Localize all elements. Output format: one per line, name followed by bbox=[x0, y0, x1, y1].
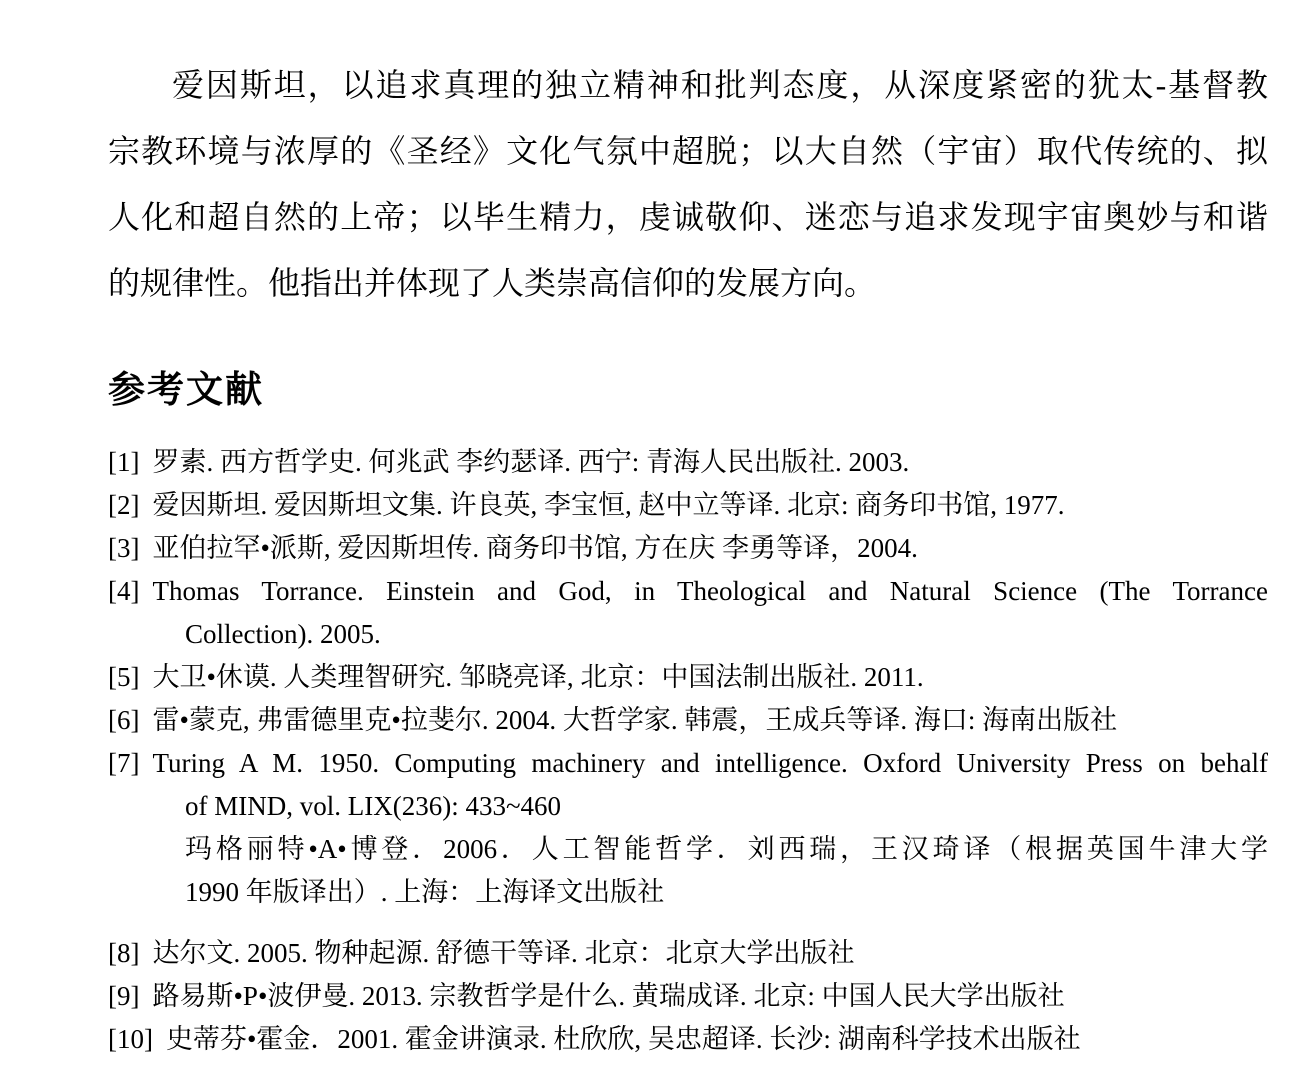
reference-line: Collection). 2005. bbox=[108, 613, 1268, 656]
reference-label: [9] bbox=[108, 981, 139, 1011]
reference-label: [1] bbox=[108, 447, 139, 477]
paragraph-line: 宗教环境与浓厚的《圣经》文化气氛中超脱；以大自然（宇宙）取代传统的、拟 bbox=[108, 118, 1268, 184]
document-content: 爱因斯坦，以追求真理的独立精神和批判态度，从深度紧密的犹太-基督教宗教环境与浓厚… bbox=[108, 52, 1268, 1061]
reference-label: [10] bbox=[108, 1024, 153, 1054]
reference-text: Turing A M. 1950. Computing machinery an… bbox=[152, 748, 1268, 778]
reference-text: 亚伯拉罕•派斯, 爱因斯坦传. 商务印书馆, 方在庆 李勇等译，2004. bbox=[152, 533, 917, 563]
reference-label: [2] bbox=[108, 490, 139, 520]
paragraph-line: 的规律性。他指出并体现了人类崇高信仰的发展方向。 bbox=[108, 250, 1268, 316]
reference-text: Collection). 2005. bbox=[185, 619, 381, 649]
reference-text: of MIND, vol. LIX(236): 433~460 bbox=[185, 791, 561, 821]
reference-text: 大卫•休谟. 人类理智研究. 邹晓亮译, 北京：中国法制出版社. 2011. bbox=[152, 662, 923, 692]
reference-line: 玛格丽特•A•博登．2006．人工智能哲学．刘西瑞，王汉琦译（根据英国牛津大学 bbox=[108, 828, 1268, 871]
reference-label: [7] bbox=[108, 748, 139, 778]
reference-line: [9]路易斯•P•波伊曼. 2013. 宗教哲学是什么. 黄瑞成译. 北京: 中… bbox=[108, 975, 1268, 1018]
reference-line: [10]史蒂芬•霍金．2001. 霍金讲演录. 杜欣欣, 吴忠超译. 长沙: 湖… bbox=[108, 1018, 1268, 1061]
reference-label: [8] bbox=[108, 938, 139, 968]
reference-text: 1990 年版译出）. 上海：上海译文出版社 bbox=[185, 877, 664, 907]
reference-line: [8]达尔文. 2005. 物种起源. 舒德干等译. 北京：北京大学出版社 bbox=[108, 932, 1268, 975]
paragraph-line: 人化和超自然的上帝；以毕生精力，虔诚敬仰、迷恋与追求发现宇宙奥妙与和谐 bbox=[108, 184, 1268, 250]
reference-line: [1]罗素. 西方哲学史. 何兆武 李约瑟译. 西宁: 青海人民出版社. 200… bbox=[108, 441, 1268, 484]
reference-label: [4] bbox=[108, 576, 139, 606]
document-page: 爱因斯坦，以追求真理的独立精神和批判态度，从深度紧密的犹太-基督教宗教环境与浓厚… bbox=[0, 0, 1309, 1086]
reference-line: [3]亚伯拉罕•派斯, 爱因斯坦传. 商务印书馆, 方在庆 李勇等译，2004. bbox=[108, 527, 1268, 570]
reference-text: 雷•蒙克, 弗雷德里克•拉斐尔. 2004. 大哲学家. 韩震，王成兵等译. 海… bbox=[152, 705, 1117, 735]
references-list: [1]罗素. 西方哲学史. 何兆武 李约瑟译. 西宁: 青海人民出版社. 200… bbox=[108, 441, 1268, 1061]
reference-label: [6] bbox=[108, 705, 139, 735]
reference-line: [5]大卫•休谟. 人类理智研究. 邹晓亮译, 北京：中国法制出版社. 2011… bbox=[108, 656, 1268, 699]
reference-text: 爱因斯坦. 爱因斯坦文集. 许良英, 李宝恒, 赵中立等译. 北京: 商务印书馆… bbox=[152, 490, 1064, 520]
paragraph-line: 爱因斯坦，以追求真理的独立精神和批判态度，从深度紧密的犹太-基督教 bbox=[108, 52, 1268, 118]
opening-paragraph: 爱因斯坦，以追求真理的独立精神和批判态度，从深度紧密的犹太-基督教宗教环境与浓厚… bbox=[108, 52, 1268, 316]
reference-line: [7]Turing A M. 1950. Computing machinery… bbox=[108, 742, 1268, 785]
reference-text: 史蒂芬•霍金．2001. 霍金讲演录. 杜欣欣, 吴忠超译. 长沙: 湖南科学技… bbox=[166, 1024, 1081, 1054]
reference-text: Thomas Torrance. Einstein and God, in Th… bbox=[152, 576, 1268, 606]
reference-text: 罗素. 西方哲学史. 何兆武 李约瑟译. 西宁: 青海人民出版社. 2003. bbox=[152, 447, 909, 477]
reference-line: of MIND, vol. LIX(236): 433~460 bbox=[108, 785, 1268, 828]
reference-line: [6]雷•蒙克, 弗雷德里克•拉斐尔. 2004. 大哲学家. 韩震，王成兵等译… bbox=[108, 699, 1268, 742]
reference-line: 1990 年版译出）. 上海：上海译文出版社 bbox=[108, 871, 1268, 914]
reference-text: 玛格丽特•A•博登．2006．人工智能哲学．刘西瑞，王汉琦译（根据英国牛津大学 bbox=[185, 834, 1268, 864]
reference-line: [2]爱因斯坦. 爱因斯坦文集. 许良英, 李宝恒, 赵中立等译. 北京: 商务… bbox=[108, 484, 1268, 527]
reference-text: 达尔文. 2005. 物种起源. 舒德干等译. 北京：北京大学出版社 bbox=[152, 938, 854, 968]
reference-label: [3] bbox=[108, 533, 139, 563]
reference-line: [4]Thomas Torrance. Einstein and God, in… bbox=[108, 570, 1268, 613]
reference-label: [5] bbox=[108, 662, 139, 692]
references-heading: 参考文献 bbox=[108, 366, 1268, 415]
reference-text: 路易斯•P•波伊曼. 2013. 宗教哲学是什么. 黄瑞成译. 北京: 中国人民… bbox=[152, 981, 1064, 1011]
